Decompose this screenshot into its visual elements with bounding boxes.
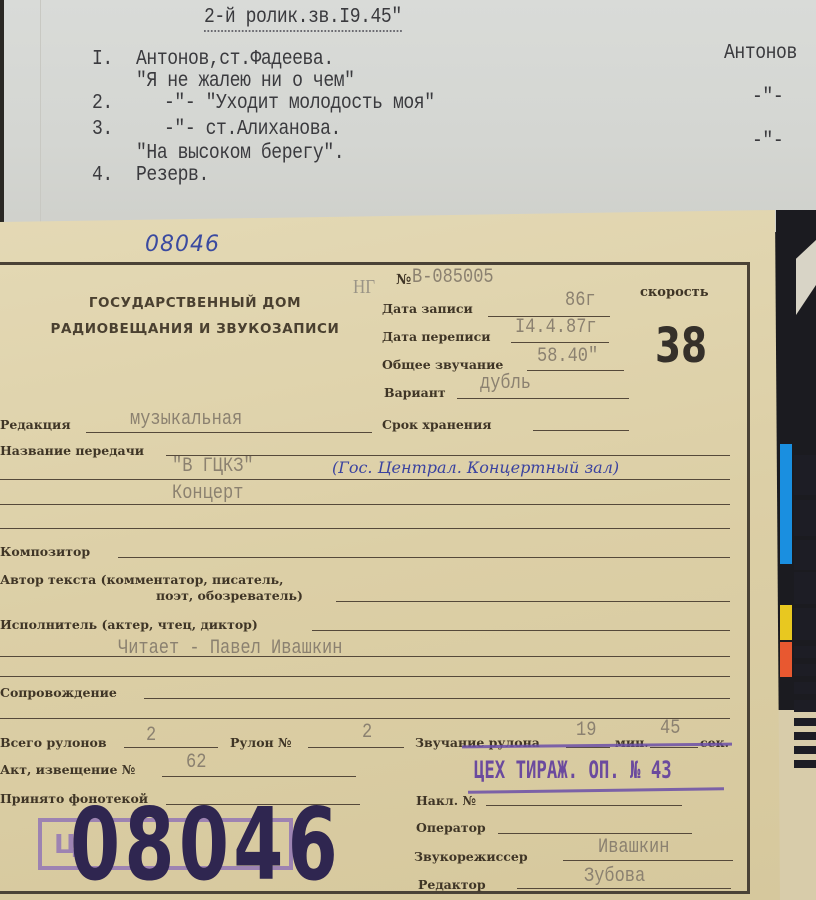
- program-title-label: Название передачи: [0, 443, 144, 458]
- rewrite-date-label: Дата переписи: [382, 329, 491, 344]
- total-reels-label: Всего рулонов: [0, 735, 107, 750]
- orange-bar: [780, 642, 792, 677]
- blue-bar: [780, 444, 792, 564]
- strip-bar: [794, 718, 816, 726]
- text-author-label-2: поэт, обозреватель): [156, 588, 303, 603]
- item-1-line2: "Я не жалею ни о чем": [136, 70, 355, 93]
- reel-duration-min-label: мин.: [615, 735, 649, 750]
- item-2-number: 2.: [92, 92, 113, 115]
- storage-term-label: Срок хранения: [382, 417, 491, 432]
- strip-bar: [794, 646, 816, 658]
- rule: [312, 630, 730, 631]
- sound-director-value[interactable]: Ивашкин: [598, 836, 669, 859]
- yellow-bar: [780, 605, 792, 640]
- rule: [457, 398, 629, 399]
- total-reels-value[interactable]: 2: [146, 724, 156, 747]
- strip-bar: [794, 682, 816, 694]
- item-4-line1: Резерв.: [136, 164, 209, 187]
- operator-label: Оператор: [416, 820, 486, 835]
- rule: [162, 776, 356, 777]
- rule: [527, 370, 624, 371]
- handwritten-number: 08046: [145, 232, 220, 257]
- rule: [0, 676, 730, 677]
- item-4-number: 4.: [92, 164, 113, 187]
- rule: [533, 430, 629, 431]
- reel-duration-sec[interactable]: 45: [660, 717, 680, 740]
- color-calibration-strip: [776, 210, 816, 900]
- strip-wedge: [796, 240, 816, 315]
- strip-bar: [794, 540, 816, 570]
- rule: [308, 747, 404, 748]
- strip-bar: [794, 732, 816, 740]
- typed-program-sheet: 2-й ролик.зв.I9.45" I. Антонов,ст.Фадеев…: [0, 0, 816, 232]
- archive-number-stamp: 08046: [70, 795, 342, 895]
- strip-bar: [794, 500, 816, 536]
- speed-value: 38: [655, 318, 707, 374]
- rule: [0, 656, 730, 657]
- item-1-performer: Антонов: [724, 42, 797, 65]
- rewrite-date-value[interactable]: I4.4.87г: [515, 316, 597, 339]
- strip-bar: [794, 455, 816, 495]
- performer-label: Исполнитель (актер, чтец, диктор): [0, 617, 258, 632]
- speed-label: скорость: [640, 285, 709, 300]
- variant-value[interactable]: дубль: [480, 372, 531, 395]
- reel-no-label: Рулон №: [230, 735, 292, 750]
- item-3-performer: -"-: [752, 130, 783, 153]
- text-author-label: Автор текста (комментатор, писатель,: [0, 572, 284, 587]
- rule: [0, 528, 730, 529]
- strip-bar: [794, 608, 816, 640]
- invoice-label: Накл. №: [416, 793, 476, 808]
- rule: [511, 342, 609, 343]
- org-line-1: ГОСУДАРСТВЕННЫЙ ДОМ: [30, 290, 360, 316]
- ng-label: НГ: [353, 276, 375, 299]
- program-title-value[interactable]: "В ГЦКЗ": [172, 455, 254, 478]
- variant-label: Вариант: [384, 385, 446, 400]
- editor-value[interactable]: Зубова: [584, 865, 645, 888]
- org-line-2: РАДИОВЕЩАНИЯ И ЗВУКОЗАПИСИ: [30, 316, 360, 342]
- rule: [517, 888, 731, 889]
- rule: [86, 432, 372, 433]
- rule: [124, 747, 218, 748]
- record-date-label: Дата записи: [382, 301, 473, 316]
- sheet-heading: 2-й ролик.зв.I9.45": [204, 6, 402, 32]
- record-date-value[interactable]: 86г: [565, 289, 596, 312]
- rule: [144, 698, 730, 699]
- rule: [0, 504, 730, 505]
- rule: [0, 718, 730, 719]
- item-2-line1: -"- "Уходит молодость моя": [164, 92, 435, 115]
- strip-bar: [794, 746, 816, 754]
- sheet-edge: [40, 0, 41, 225]
- item-3-line2: "На высоком берегу".: [136, 142, 344, 165]
- strip-bar: [794, 700, 816, 712]
- rule: [0, 479, 730, 480]
- item-3-number: 3.: [92, 118, 113, 141]
- editor-label: Редактор: [418, 877, 486, 892]
- program-title-value-2[interactable]: Концерт: [172, 482, 243, 505]
- rule: [498, 833, 692, 834]
- act-notice-label: Акт, извещение №: [0, 762, 135, 777]
- record-no-value: В-085005: [412, 266, 494, 289]
- program-title-note: (Гос. Централ. Концертный зал): [332, 458, 619, 477]
- strip-bar: [794, 664, 816, 676]
- item-1-line1: Антонов,ст.Фадеева.: [136, 48, 334, 71]
- rule: [563, 860, 733, 861]
- department-value[interactable]: музыкальная: [130, 408, 242, 431]
- composer-label: Композитор: [0, 544, 90, 559]
- item-3-line1: -"- ст.Алиханова.: [164, 118, 341, 141]
- item-1-number: I.: [92, 48, 113, 71]
- accompaniment-label: Сопровождение: [0, 685, 117, 700]
- act-notice-value[interactable]: 62: [186, 751, 206, 774]
- rule: [650, 747, 698, 748]
- rule: [118, 557, 730, 558]
- total-duration-value[interactable]: 58.40": [537, 345, 598, 368]
- workshop-stamp: ЦЕХ ТИРАЖ. ОП. № 43: [474, 756, 672, 784]
- department-label: Редакция: [0, 417, 71, 432]
- rule: [336, 601, 730, 602]
- record-no-label: №: [396, 272, 411, 288]
- reel-no-value[interactable]: 2: [362, 721, 372, 744]
- item-2-performer: -"-: [752, 86, 783, 109]
- strip-bar: [794, 572, 816, 604]
- strip-bar: [794, 760, 816, 768]
- reel-duration-min[interactable]: 19: [576, 719, 596, 742]
- organization-name: ГОСУДАРСТВЕННЫЙ ДОМ РАДИОВЕЩАНИЯ И ЗВУКО…: [30, 290, 360, 342]
- total-duration-label: Общее звучание: [382, 357, 503, 372]
- sound-director-label: Звукорежиссер: [414, 849, 528, 864]
- rule: [486, 805, 682, 806]
